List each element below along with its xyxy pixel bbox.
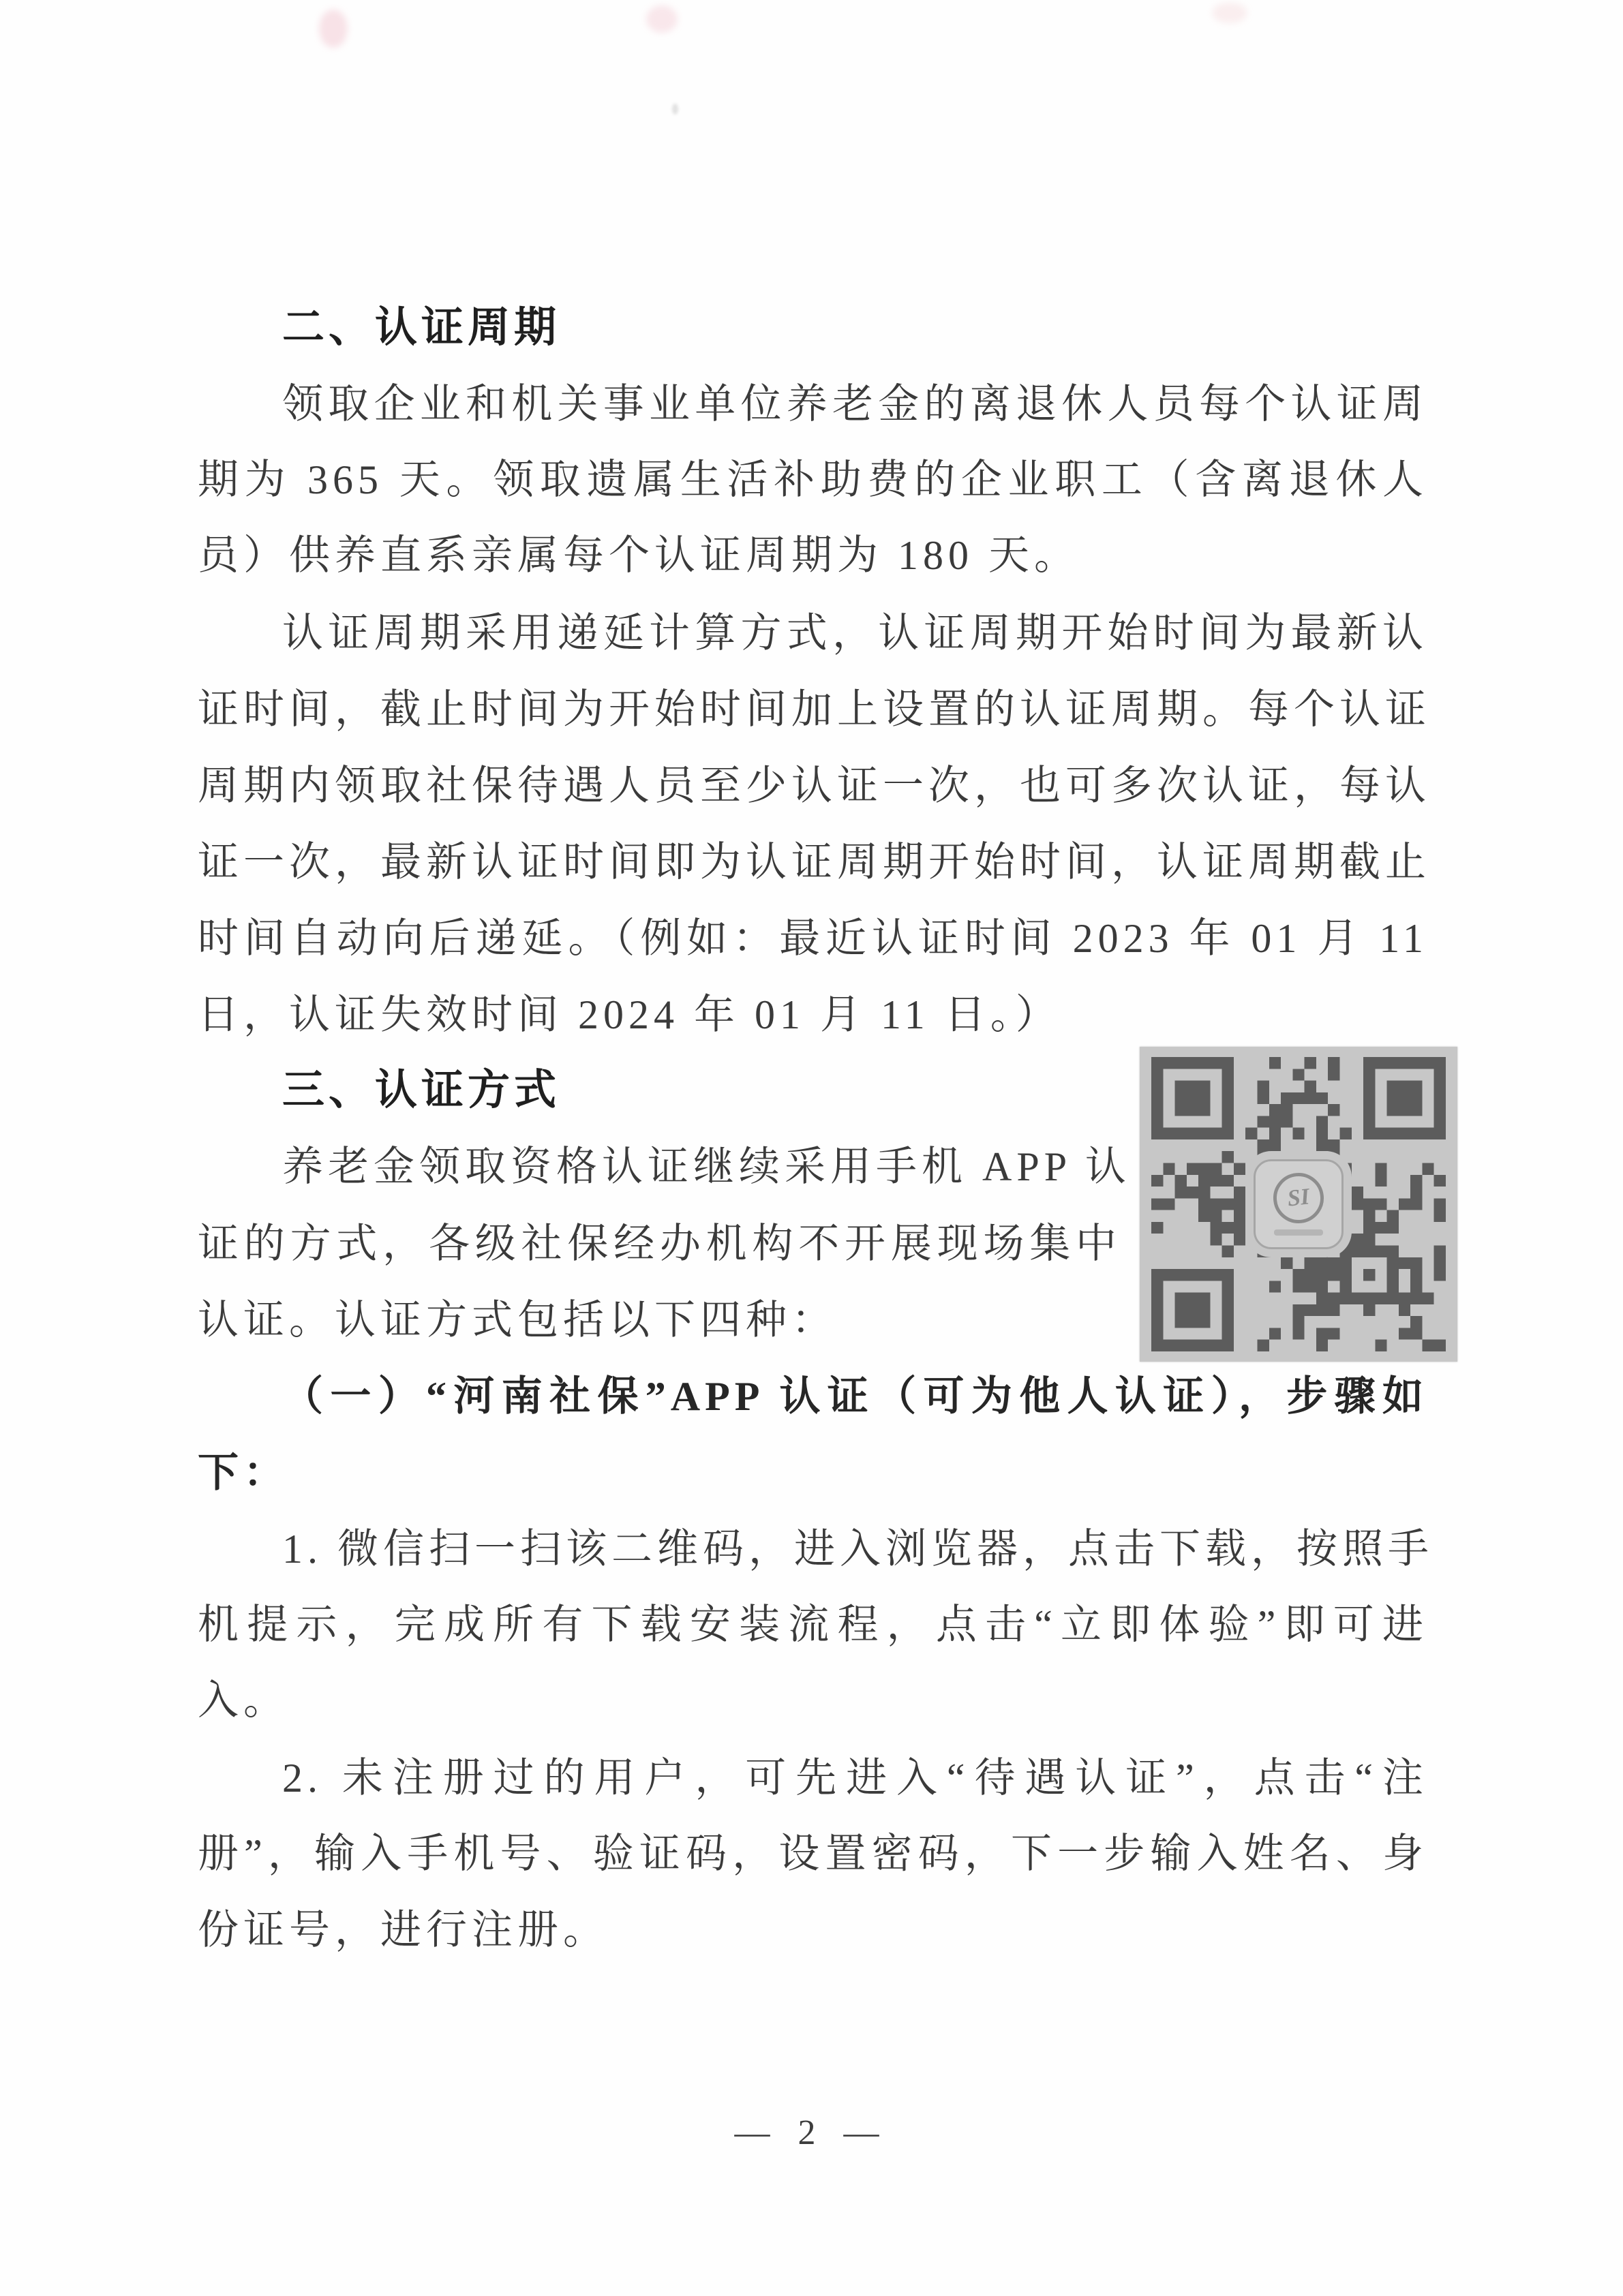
text-line: 2. 未注册过的用户，可先进入“待遇认证”，点击“注 <box>198 1754 1428 1803</box>
text-line: 证时间，截止时间为开始时间加上设置的认证周期。每个认证 <box>198 685 1428 734</box>
page-number: — 2 — <box>0 2113 1623 2153</box>
text-line: 养老金领取资格认证继续采用手机 APP 认 <box>198 1142 1121 1191</box>
scan-artifact <box>319 10 348 48</box>
text-line: 册”，输入手机号、验证码，设置密码，下一步输入姓名、身 <box>198 1829 1428 1878</box>
text-line: 证一次，最新认证时间即为认证周期开始时间，认证周期截止 <box>198 838 1428 887</box>
text-line: 机提示，完成所有下载安装流程，点击“立即体验”即可进 <box>198 1600 1428 1649</box>
text-line: 认证。认证方式包括以下四种： <box>198 1296 1121 1345</box>
si-emblem: SI <box>1271 1170 1326 1225</box>
text-line: 周期内领取社保待遇人员至少认证一次，也可多次认证，每认 <box>198 761 1428 810</box>
section-heading: 二、认证周期 <box>198 303 1428 352</box>
app-download-qr-code: SI <box>1140 1047 1457 1362</box>
document-page: 二、认证周期领取企业和机关事业单位养老金的离退休人员每个认证周期为 365 天。… <box>0 0 1623 2296</box>
text-line: 1. 微信扫一扫该二维码，进入浏览器，点击下载，按照手 <box>198 1525 1428 1574</box>
text-line: 期为 365 天。领取遗属生活补助费的企业职工（含离退休人 <box>198 455 1428 504</box>
scan-artifact <box>646 5 678 33</box>
text-line: 员）供养直系亲属每个认证周期为 180 天。 <box>198 531 1428 580</box>
scan-artifact <box>672 104 678 114</box>
social-insurance-logo: SI <box>1254 1159 1344 1249</box>
subsection-heading: （一）“河南社保”APP 认证（可为他人认证），步骤如 <box>198 1372 1428 1421</box>
subsection-heading: 下： <box>198 1448 1428 1497</box>
si-emblem-text: SI <box>1286 1184 1311 1212</box>
scan-artifact <box>1212 3 1247 23</box>
logo-caption-bar <box>1274 1229 1323 1236</box>
text-line: 份证号，进行注册。 <box>198 1905 1428 1955</box>
text-line: 日，认证失效时间 2024 年 01 月 11 日。） <box>198 990 1428 1039</box>
text-line: 入。 <box>198 1676 1428 1725</box>
text-line: 认证周期采用递延计算方式，认证周期开始时间为最新认 <box>198 609 1428 658</box>
text-line: 领取企业和机关事业单位养老金的离退休人员每个认证周 <box>198 380 1428 429</box>
text-line: 时间自动向后递延。（例如：最近认证时间 2023 年 01 月 11 <box>198 914 1428 963</box>
text-line: 证的方式，各级社保经办机构不开展现场集中 <box>198 1219 1121 1268</box>
